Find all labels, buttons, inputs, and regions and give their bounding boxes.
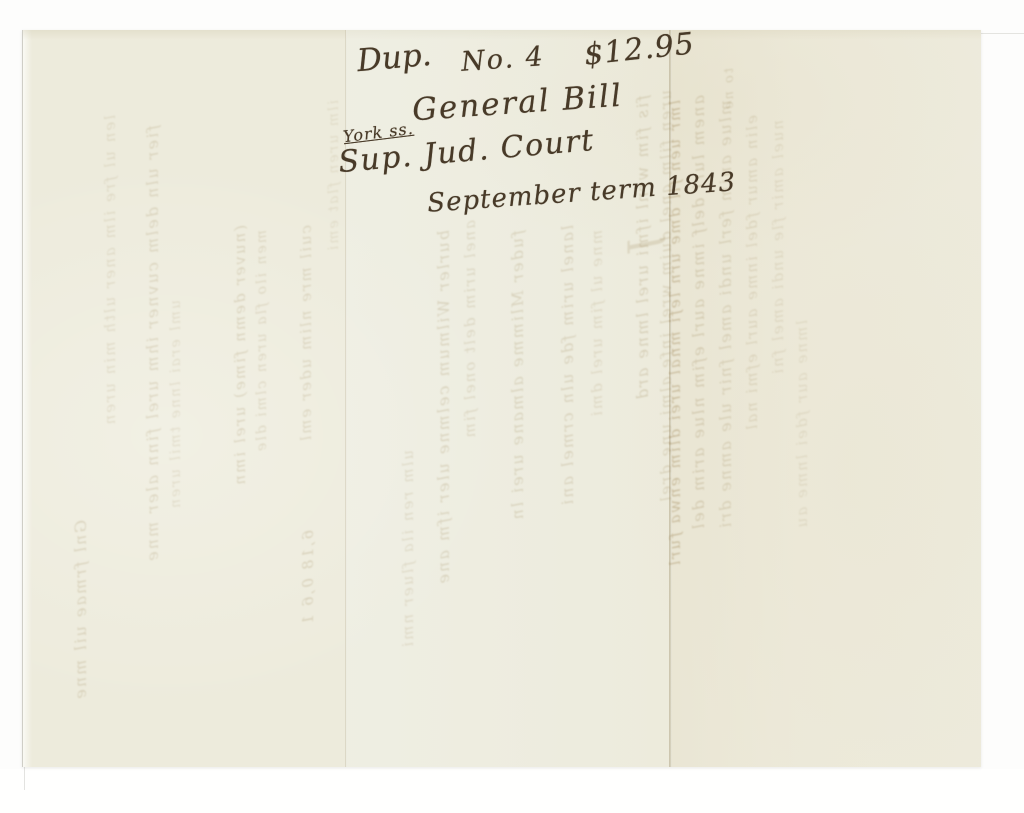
label-term: September term 1843 xyxy=(426,167,737,219)
photo-background: len ul fre ilm aner ulth min urenfier ul… xyxy=(0,0,1024,813)
label-amount: $12.95 xyxy=(582,26,696,72)
backdrop-bottom-band xyxy=(0,769,1024,813)
document-paper: len ul fre ilm aner ulth min urenfier ul… xyxy=(22,30,981,767)
label-duplicate: Dup. xyxy=(356,37,433,79)
scan-hairline xyxy=(979,33,1024,34)
handwriting-layer: Dup. No. 4 $12.95 General Bill York ss. … xyxy=(23,30,981,767)
document-title: General Bill xyxy=(411,78,624,129)
label-number: No. 4 xyxy=(460,41,546,78)
